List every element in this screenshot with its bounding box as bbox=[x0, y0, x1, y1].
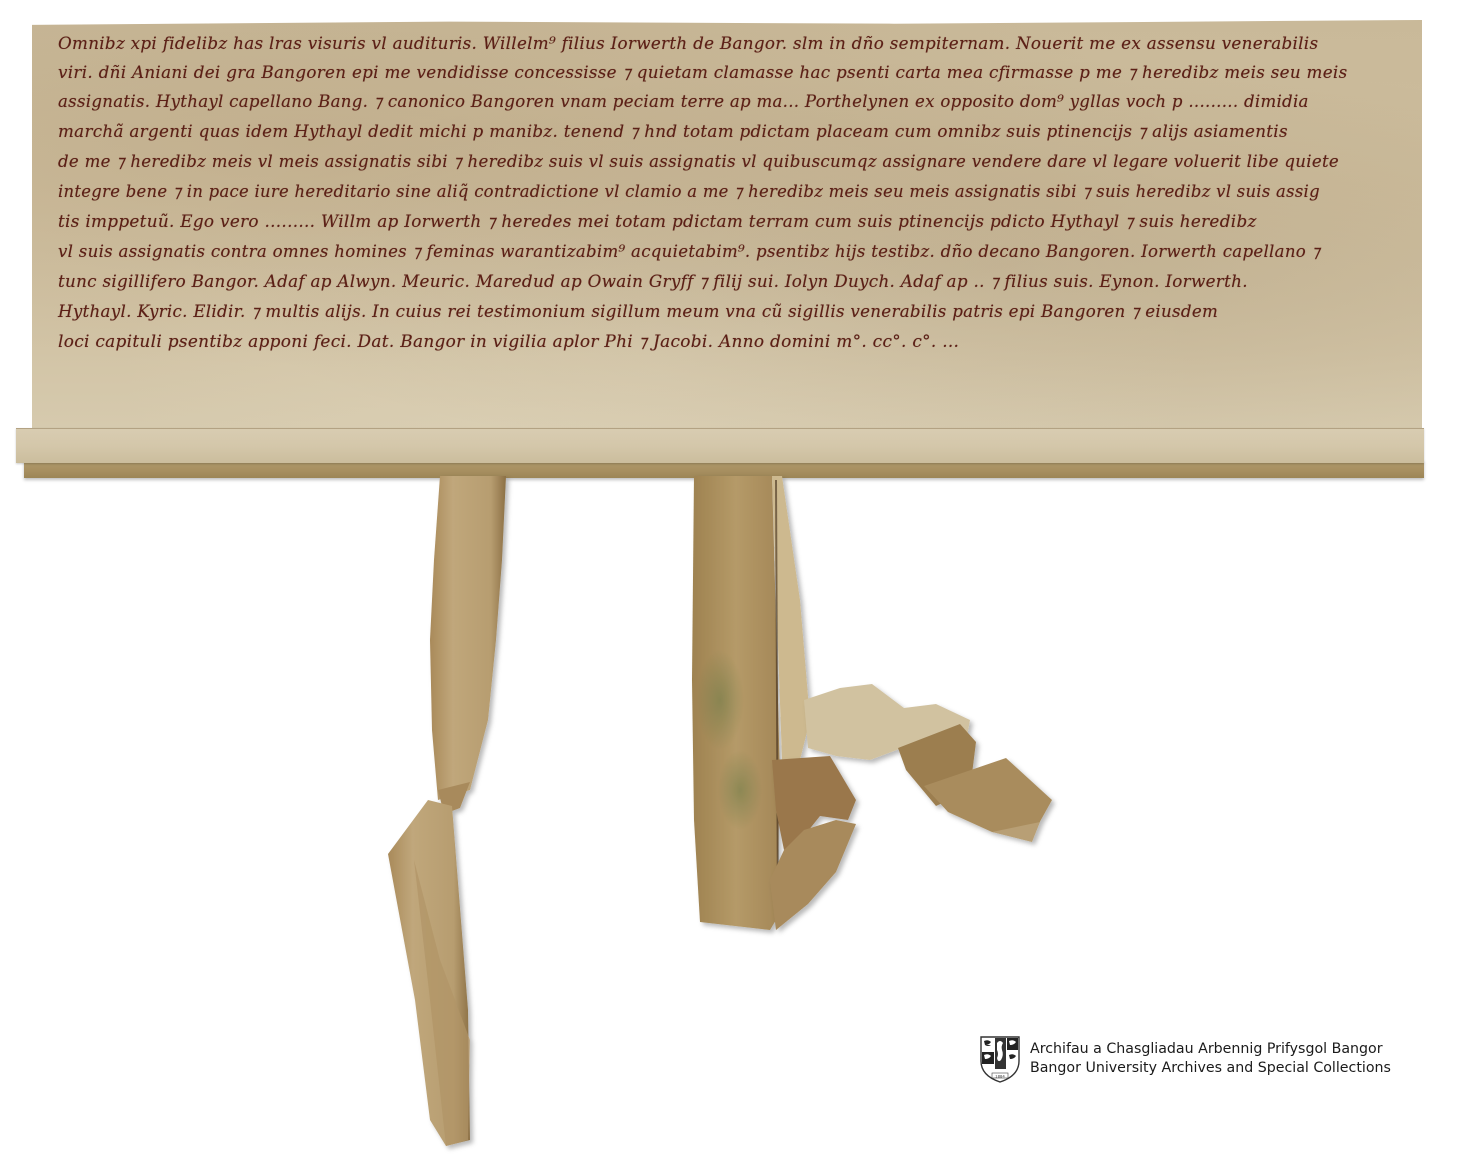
text-line: tis imppetuũ. Ego vero ......... Willm a… bbox=[58, 212, 1257, 232]
text-line: Omnibz xpi fidelibz has lras visuris vl … bbox=[58, 34, 1318, 54]
text-line: marchã argenti quas idem Hythayl dedit m… bbox=[58, 122, 1288, 142]
text-line: Hythayl. Kyric. Elidir. ⁊ multis alijs. … bbox=[58, 302, 1218, 322]
text-line: viri. dñi Aniani dei gra Bangoren epi me… bbox=[58, 63, 1347, 83]
text-line: integre bene ⁊ in pace iure hereditario … bbox=[58, 182, 1320, 202]
twisted-seal-strip bbox=[770, 684, 1052, 930]
text-line: loci capituli psentibz apponi feci. Dat.… bbox=[58, 332, 959, 352]
text-line: vl suis assignatis contra omnes homines … bbox=[58, 242, 1320, 262]
text-line: tunc sigillifero Bangor. Adaf ap Alwyn. … bbox=[58, 272, 1248, 292]
document-image: Omnibz xpi fidelibz has lras visuris vl … bbox=[0, 0, 1457, 1170]
text-line: assignatis. Hythayl capellano Bang. ⁊ ca… bbox=[58, 92, 1309, 112]
archive-credit: 1884 Archifau a Chasgliadau Arbennig Pri… bbox=[979, 1035, 1391, 1083]
credit-welsh: Archifau a Chasgliadau Arbennig Prifysgo… bbox=[1030, 1040, 1391, 1060]
left-seal-tag bbox=[388, 476, 506, 1146]
svg-text:1884: 1884 bbox=[995, 1073, 1005, 1078]
credit-english: Bangor University Archives and Special C… bbox=[1030, 1059, 1391, 1079]
text-line: de me ⁊ heredibz meis vl meis assignatis… bbox=[58, 152, 1339, 172]
bangor-university-crest-icon: 1884 bbox=[979, 1035, 1021, 1083]
parchment-fold bbox=[16, 428, 1424, 463]
middle-seal-tag bbox=[692, 476, 810, 930]
